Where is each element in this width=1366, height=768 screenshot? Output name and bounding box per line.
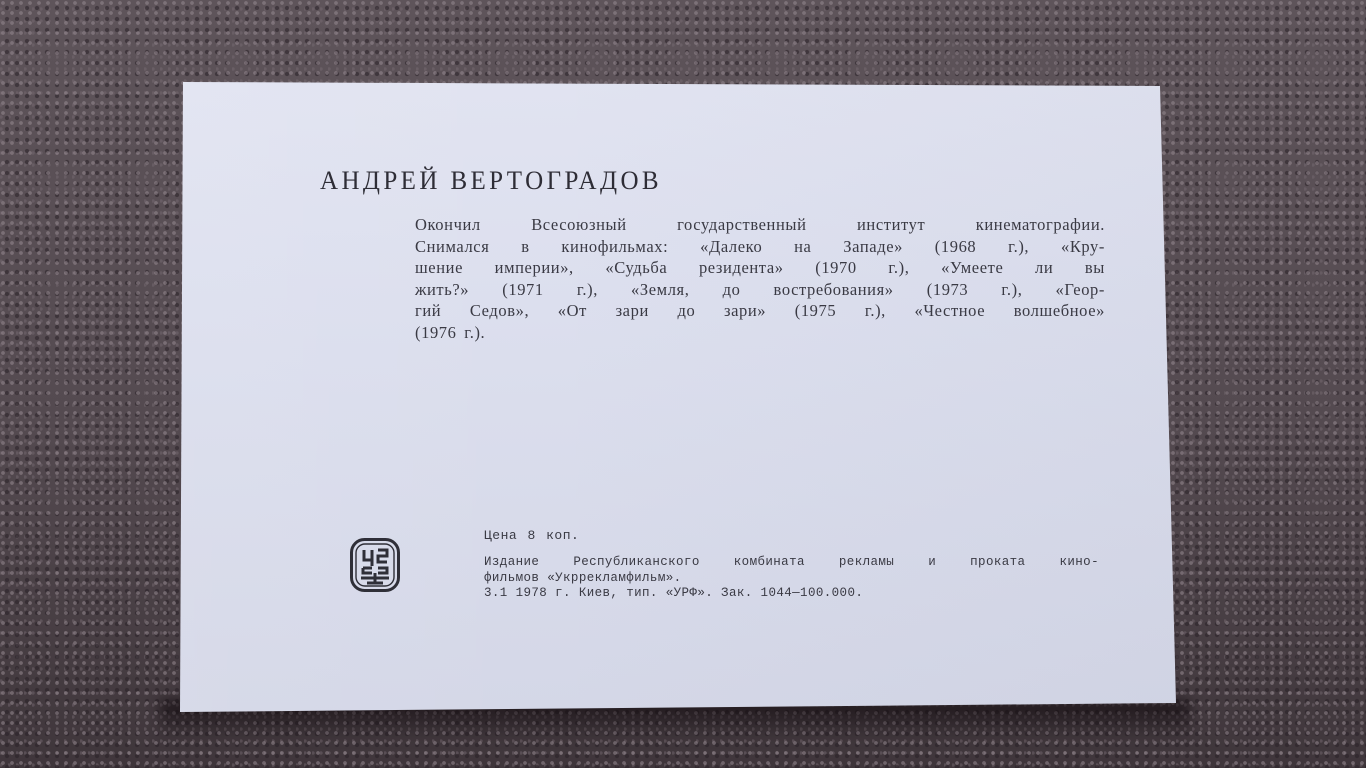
imprint-line: 3.1 1978 г. Киев, тип. «УРФ». Зак. 1044—… [484,586,1099,602]
publisher-imprint: Издание Республиканского комбината рекла… [484,555,1099,602]
price-label: Цена 8 коп. [484,528,579,543]
bio-line: Окончил Всесоюзный государственный инсти… [415,214,1105,236]
bio-line: шение империи», «Судьба резидента» (1970… [415,257,1105,279]
actor-name-heading: АНДРЕЙ ВЕРТОГРАДОВ [320,167,662,196]
postcard [0,0,1366,768]
bio-line: жить?» (1971 г.), «Земля, до востребован… [415,279,1105,301]
bio-line: Снимался в кинофильмах: «Далеко на Запад… [415,236,1105,258]
publisher-emblem-icon [349,537,401,593]
bio-line: гий Седов», «От зари до зари» (1975 г.),… [415,300,1105,322]
imprint-line: Издание Республиканского комбината рекла… [484,555,1099,571]
imprint-line: фильмов «Укррекламфильм». [484,571,1099,587]
actor-biography: Окончил Всесоюзный государственный инсти… [415,214,1105,343]
bio-line: (1976 г.). [415,322,1105,344]
